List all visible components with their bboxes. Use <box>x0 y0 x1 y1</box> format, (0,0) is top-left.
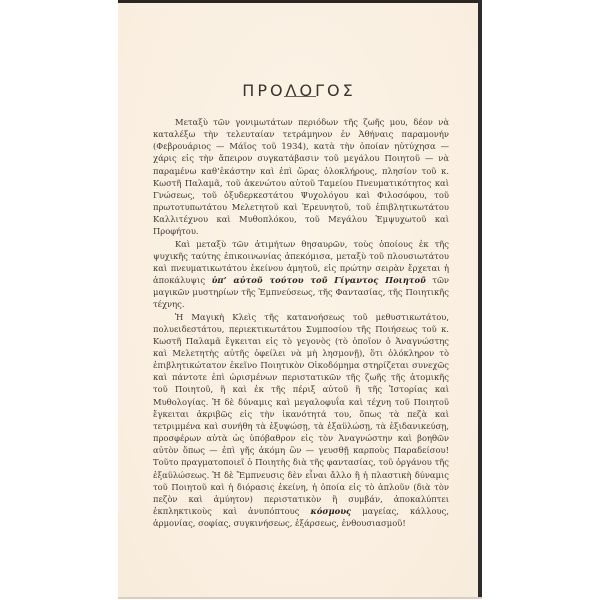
paragraph-2: Καὶ μεταξὺ τῶν ἀτιμήτων θησαυρῶν, τοὺς ὁ… <box>153 238 449 311</box>
paragraph-3: Ἡ Μαγικὴ Κλεὶς τῆς κατανοήσεως τοῦ μεθυσ… <box>153 311 449 530</box>
paragraph-1: Μεταξὺ τῶν γονιμωτάτων περιόδων τῆς ζωῆς… <box>153 116 449 238</box>
page-bottom-edge <box>118 597 482 599</box>
emphasized-text: κόσμους <box>310 506 351 516</box>
title-divider <box>284 96 316 97</box>
text-segment: Μεταξὺ τῶν γονιμωτάτων περιόδων τῆς ζωῆς… <box>153 117 449 236</box>
page-top-edge <box>118 0 482 3</box>
emphasized-text: ὑπ’ αὐτοῦ τούτου τοῦ Γίγαντος Ποιητοῦ <box>212 275 426 285</box>
text-segment: Ἡ Μαγικὴ Κλεὶς τῆς κατανοήσεως τοῦ μεθυσ… <box>153 312 449 517</box>
prologue-text: Μεταξὺ τῶν γονιμωτάτων περιόδων τῆς ζωῆς… <box>153 116 449 529</box>
